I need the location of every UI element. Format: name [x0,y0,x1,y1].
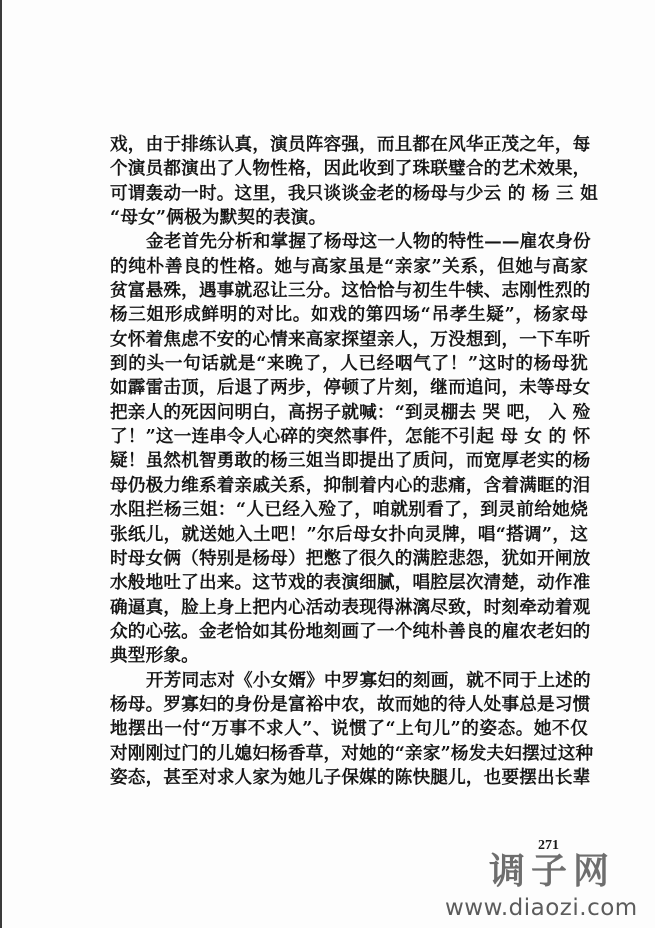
text-line: 金老首先分析和掌握了杨母这一人物的特性——雇农身份 [110,230,588,254]
text-line: 母仍极力维系着亲戚关系，抑制着内心的悲痛，含着满眶的泪 [110,474,588,498]
text-line: 时母女俩（特别是杨母）把憋了很久的满腔悲怨，犹如开闸放 [110,547,588,571]
paragraph-1: 戏，由于排练认真，演员阵容强，而且都在风华正茂之年，每 个演员都演出了人物性格，… [110,133,588,230]
text-line: 确逼真，脸上身上把内心活动表现得淋漓尽致，时刻牵动着观 [110,596,588,620]
text-line: 地摆出一付“万事不求人”、说惯了“上句儿”的姿态。她不仅 [110,717,588,741]
text-line: 到的头一句话就是“来晚了，人已经咽气了！”这时的杨母犹 [110,352,588,376]
text-line: 姿态，甚至对求人家为她儿子保媒的陈快腿儿，也要摆出长辈 [110,766,588,790]
text-line: “母女”俩极为默契的表演。 [110,206,588,230]
text-line: 女怀着焦虑不安的心情来高家探望亲人，万没想到，一下车听 [110,328,588,352]
watermark-url: www.diaozi.com [445,894,638,922]
text-line: 疑！虽然机智勇敢的杨三姐当即提出了质问，而宽厚老实的杨 [110,449,588,473]
text-line: 开芳同志对《小女婿》中罗寡妇的刻画，就不同于上述的 [110,669,588,693]
text-line: 典型形象。 [110,644,588,668]
text-line: 如霹雷击顶，后退了两步，停顿了片刻，继而追问，未等母女 [110,376,588,400]
paragraph-3: 开芳同志对《小女婿》中罗寡妇的刻画，就不同于上述的 杨母。罗寡妇的身份是富裕中农… [110,669,588,791]
text-line: 杨三姐形成鲜明的对比。如戏的第四场“吊孝生疑”，杨家母 [110,303,588,327]
body-text: 戏，由于排练认真，演员阵容强，而且都在风华正茂之年，每 个演员都演出了人物性格，… [110,133,588,790]
text-line: 水阻拦杨三姐：“人已经入殓了，咱就别看了，到灵前给她烧 [110,498,588,522]
text-line: 张纸儿，就送她入土吧！”尔后母女扑向灵牌，唱“搭调”，这 [110,523,588,547]
text-line: 水般地吐了出来。这节戏的表演细腻，唱腔层次清楚，动作准 [110,571,588,595]
text-line: 戏，由于排练认真，演员阵容强，而且都在风华正茂之年，每 [110,133,588,157]
text-line: 对刚刚过门的儿媳妇杨香草，对她的“亲家”杨发夫妇摆过这种 [110,742,588,766]
paragraph-2: 金老首先分析和掌握了杨母这一人物的特性——雇农身份 的纯朴善良的性格。她与高家虽… [110,230,588,668]
scanned-book-page: 戏，由于排练认真，演员阵容强，而且都在风华正茂之年，每 个演员都演出了人物性格，… [0,0,655,928]
text-line: 可谓轰动一时。这里，我只谈谈金老的杨母与少云 的 杨 三 姐 [110,182,588,206]
text-line: 个演员都演出了人物性格，因此收到了珠联璧合的艺术效果， [110,157,588,181]
text-line: 了！”这一连串令人心碎的突然事件，怎能不引起 母 女 的 怀 [110,425,588,449]
text-line: 把亲人的死因问明白，高拐子就喊：“到灵棚去 哭 吧， 入 殓 [110,401,588,425]
text-line: 杨母。罗寡妇的身份是富裕中农，故而她的待人处事总是习惯 [110,693,588,717]
watermark-site-name: 调子网 [489,852,615,892]
text-line: 众的心弦。金老恰如其份地刻画了一个纯朴善良的雇农老妇的 [110,620,588,644]
text-line: 的纯朴善良的性格。她与高家虽是“亲家”关系，但她与高家 [110,255,588,279]
text-line: 贫富悬殊，遇事就忍让三分。这恰恰与初生牛犊、志刚性烈的 [110,279,588,303]
